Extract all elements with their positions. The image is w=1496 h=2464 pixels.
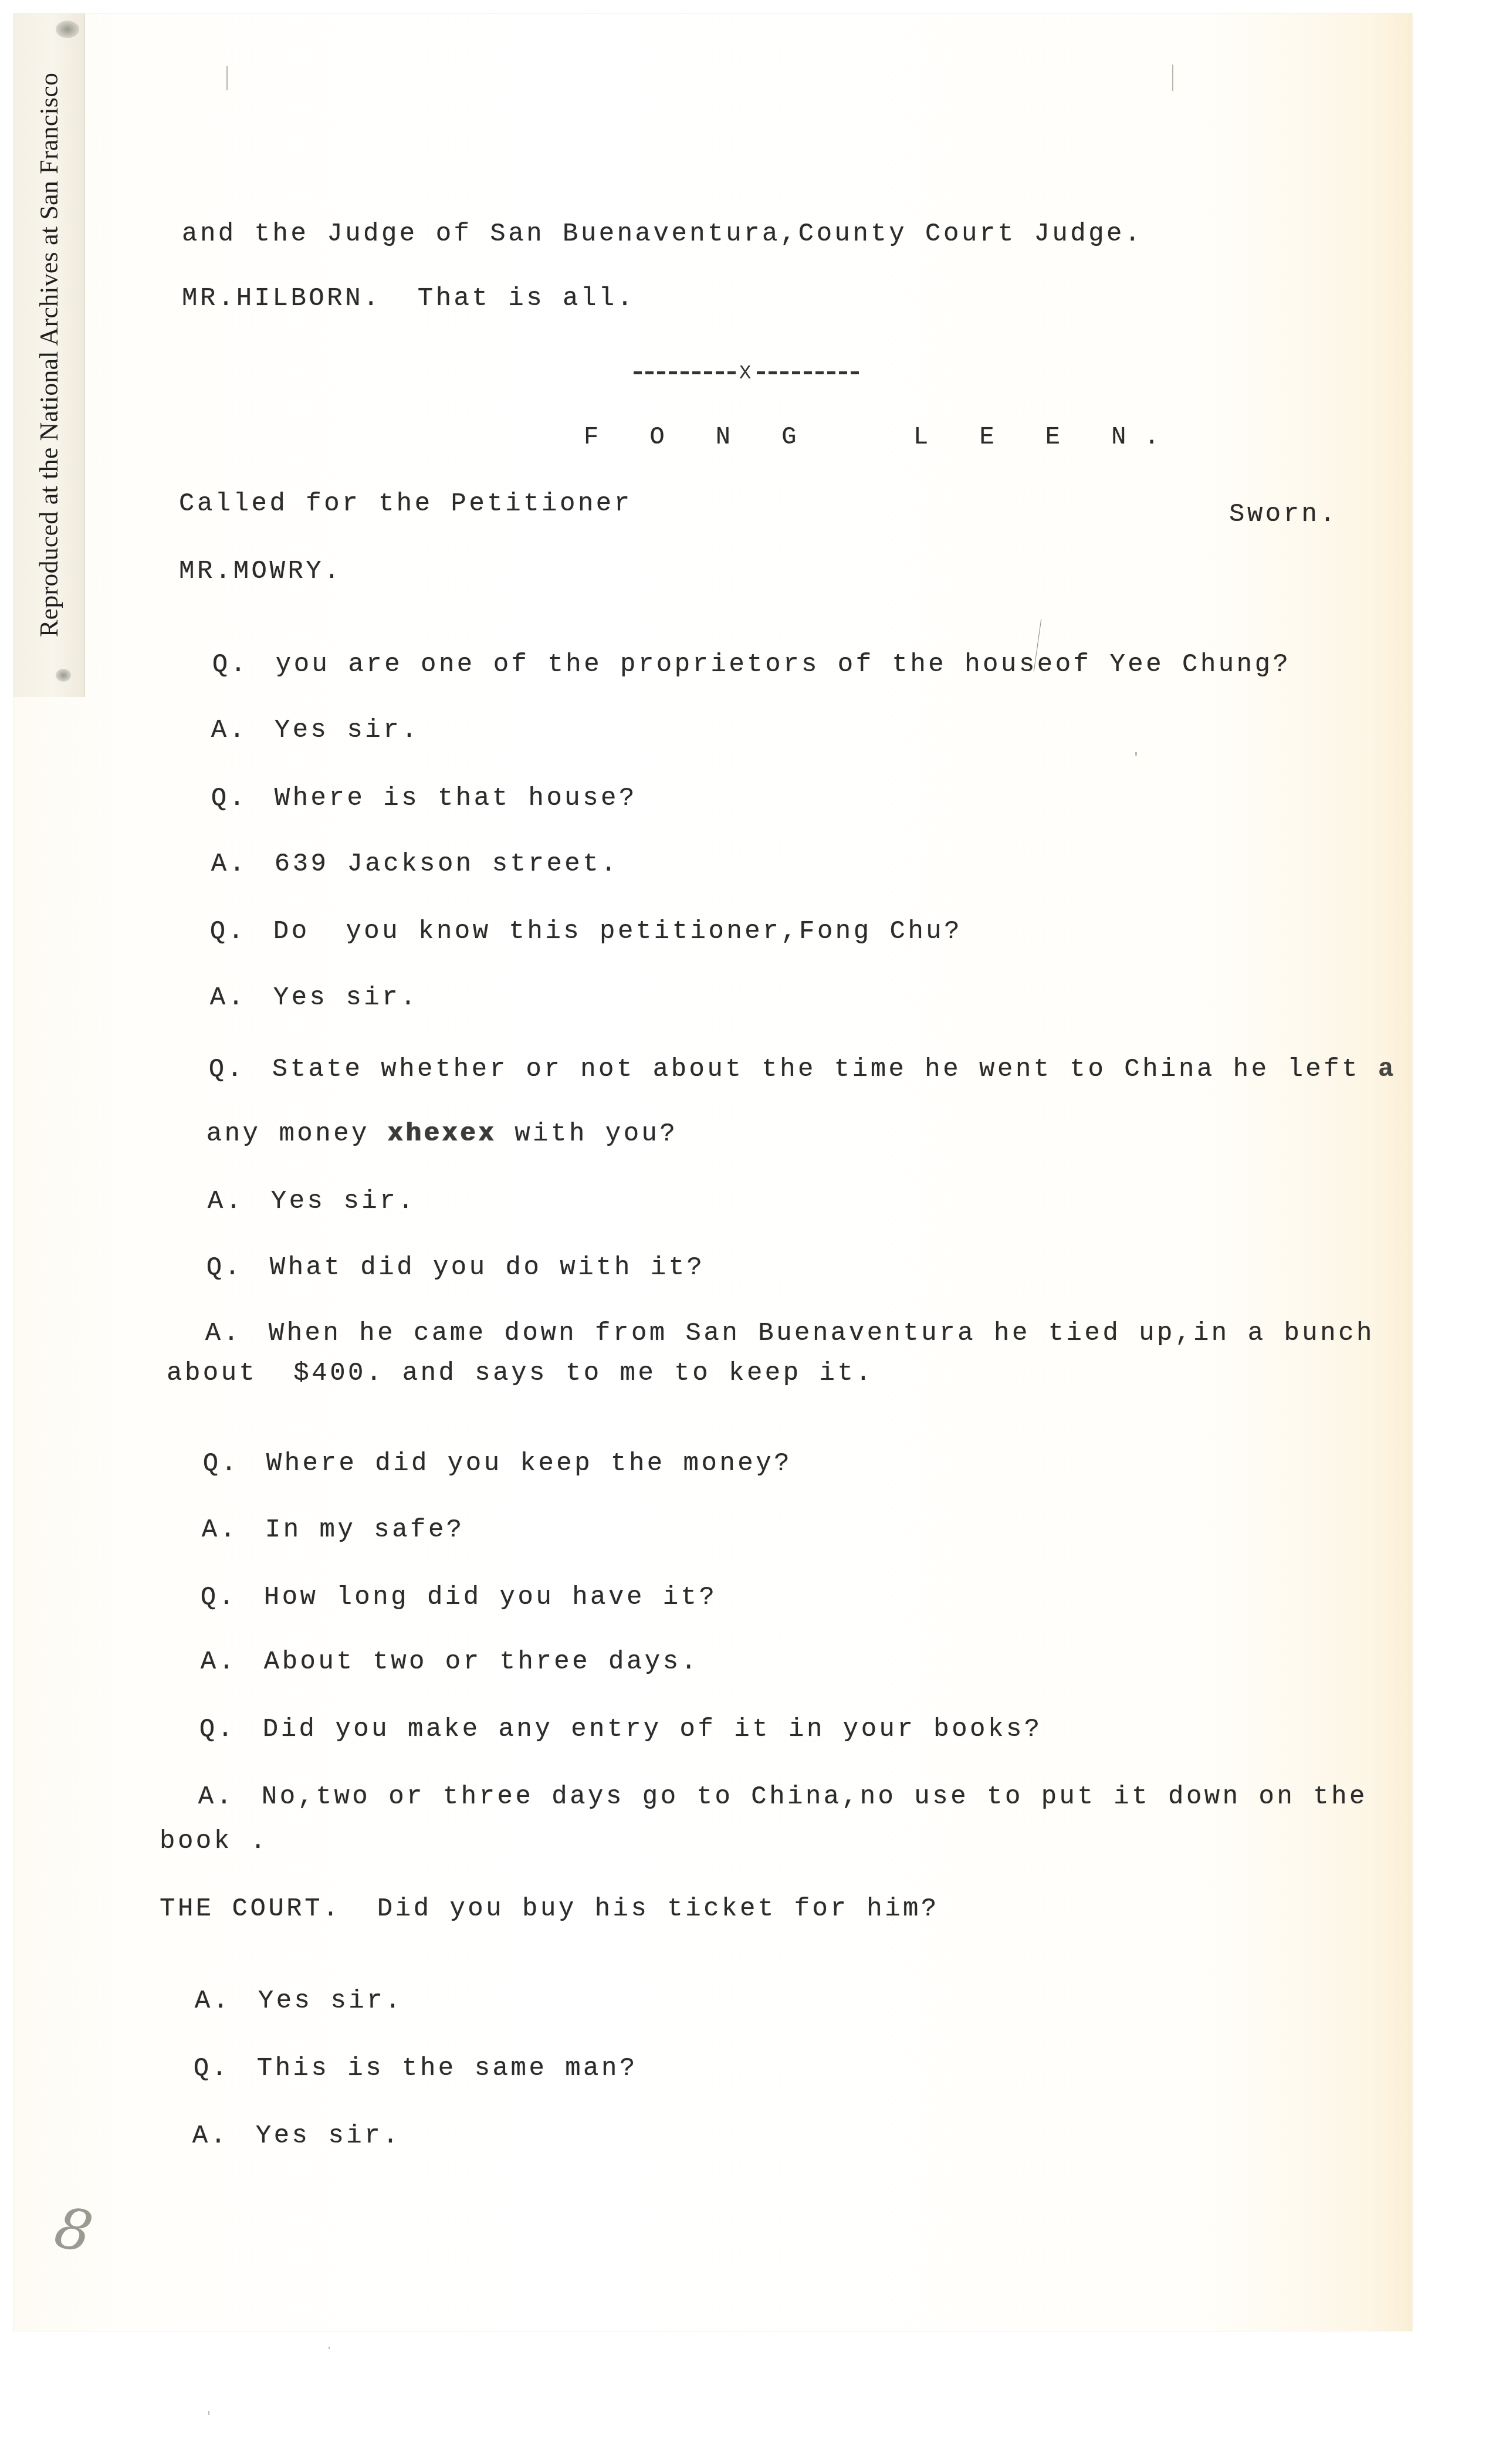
q-label: Q. — [194, 2056, 257, 2081]
dash — [669, 371, 677, 374]
a-label: A. — [192, 2123, 256, 2149]
dash — [716, 371, 724, 374]
a-text: Yes sir. — [256, 2121, 401, 2151]
a-text: No,two or three days go to China,no use … — [262, 1782, 1368, 1812]
continuation-line: any money xhexex with you? — [170, 1095, 678, 1147]
question-line: Q.Do you know this petitioner,Fong Chu? — [174, 893, 962, 945]
question-line: Q.State whether or not about the time he… — [172, 1031, 1396, 1082]
question-line: Q.Where did you keep the money? — [167, 1425, 792, 1477]
answer-line: A.About two or three days. — [164, 1623, 699, 1675]
a-label: A. — [201, 1649, 264, 1675]
witness-heading: F O N G L E E N. — [584, 425, 1177, 449]
a-label: A. — [205, 1321, 269, 1346]
a-label: A. — [210, 985, 273, 1011]
dash — [634, 371, 642, 374]
q-label: Q. — [207, 1255, 270, 1281]
a-text: 639 Jackson street. — [275, 849, 619, 879]
answer-line: A.When he came down from San Buenaventur… — [169, 1295, 1375, 1346]
q-text: Where is that house? — [275, 784, 637, 813]
dash — [804, 371, 812, 374]
dash — [757, 371, 765, 374]
question-line: Q.you are one of the proprietors of the … — [176, 626, 1291, 678]
a-label: A. — [198, 1784, 262, 1810]
a-label: A. — [208, 1189, 271, 1214]
a-label: A. — [202, 1517, 265, 1543]
a-text: In my safe? — [265, 1515, 465, 1545]
dash — [692, 371, 700, 374]
answer-line: A.In my safe? — [165, 1491, 465, 1543]
section-separator: X — [634, 365, 859, 381]
dash — [851, 371, 859, 374]
speck — [329, 2347, 330, 2349]
pencil-mark — [1172, 65, 1173, 91]
a-text: Yes sir. — [273, 983, 418, 1013]
continuation-line: book . — [160, 1829, 268, 1854]
stamp-smudge — [56, 21, 79, 38]
q-text: Where did you keep the money? — [266, 1449, 792, 1478]
overstruck-char: a — [1378, 1055, 1396, 1084]
called-line: Called for the Petitioner — [179, 491, 632, 517]
a-label: A. — [195, 1988, 258, 2014]
dash — [815, 371, 824, 374]
pencil-mark — [226, 66, 228, 90]
a-text: When he came down from San Buenaventura … — [269, 1319, 1375, 1348]
answer-line: A.Yes sir. — [175, 692, 419, 743]
dash — [792, 371, 800, 374]
sworn-label: Sworn. — [1229, 502, 1338, 527]
examiner-line: MR.MOWRY. — [179, 559, 342, 584]
speck — [208, 2411, 209, 2415]
question-line: Q.Did you make any entry of it in your b… — [163, 1691, 1043, 1742]
dash — [681, 371, 689, 374]
dash — [839, 371, 847, 374]
continuation-line: about $400. and says to me to keep it. — [167, 1360, 874, 1386]
question-line: Q.This is the same man? — [157, 2030, 638, 2081]
dash — [769, 371, 777, 374]
dash — [645, 371, 654, 374]
q-text: This is the same man? — [257, 2054, 638, 2083]
dash — [780, 371, 788, 374]
answer-line: A.639 Jackson street. — [175, 825, 619, 877]
a-label: A. — [211, 717, 275, 743]
q-text: State whether or not about the time he w… — [272, 1055, 1360, 1084]
answer-line: A.Yes sir. — [156, 2097, 401, 2149]
speck — [1135, 752, 1137, 756]
answer-line: A.Yes sir. — [171, 1163, 416, 1214]
transcript-line: and the Judge of San Buenaventura,County… — [182, 221, 1143, 247]
struck-out-word: xhexex — [388, 1119, 496, 1149]
q-label: Q. — [209, 1057, 272, 1082]
q-label: Q. — [201, 1585, 264, 1610]
archive-stamp-text: Reproduced at the National Archives at S… — [34, 73, 64, 637]
q-label: Q. — [203, 1451, 266, 1477]
q-text: you are one of the proprietors of the ho… — [276, 650, 1291, 679]
a-text: About two or three days. — [264, 1647, 699, 1677]
q-label: Q. — [210, 919, 273, 945]
dash — [704, 371, 712, 374]
q-text: What did you do with it? — [270, 1253, 705, 1282]
text-pre: any money — [207, 1119, 388, 1149]
question-line: Q.How long did you have it? — [164, 1559, 717, 1610]
dash — [827, 371, 835, 374]
q-label: Q. — [212, 652, 276, 678]
q-text: How long did you have it? — [264, 1583, 717, 1612]
answer-line: A.Yes sir. — [174, 959, 418, 1011]
q-text: Did you make any entry of it in your boo… — [263, 1715, 1043, 1744]
dash — [657, 371, 665, 374]
a-text: Yes sir. — [271, 1187, 416, 1216]
court-question-line: THE COURT. Did you buy his ticket for hi… — [160, 1896, 939, 1922]
dash — [727, 371, 736, 374]
a-text: Yes sir. — [275, 716, 419, 745]
answer-line: A.No,two or three days go to China,no us… — [162, 1758, 1368, 1810]
q-text: Do you know this petitioner,Fong Chu? — [273, 917, 962, 946]
answer-line: A.Yes sir. — [158, 1962, 403, 2014]
stamp-smudge — [56, 669, 71, 682]
q-label: Q. — [211, 786, 275, 811]
speaker-line: MR.HILBORN. That is all. — [182, 286, 635, 312]
q-label: Q. — [199, 1717, 263, 1742]
question-line: Q.Where is that house? — [175, 760, 637, 811]
a-label: A. — [211, 851, 275, 877]
question-line: Q.What did you do with it? — [170, 1229, 705, 1281]
separator-x: X — [739, 363, 751, 385]
text-post: with you? — [496, 1119, 678, 1149]
a-text: Yes sir. — [258, 1986, 403, 2016]
